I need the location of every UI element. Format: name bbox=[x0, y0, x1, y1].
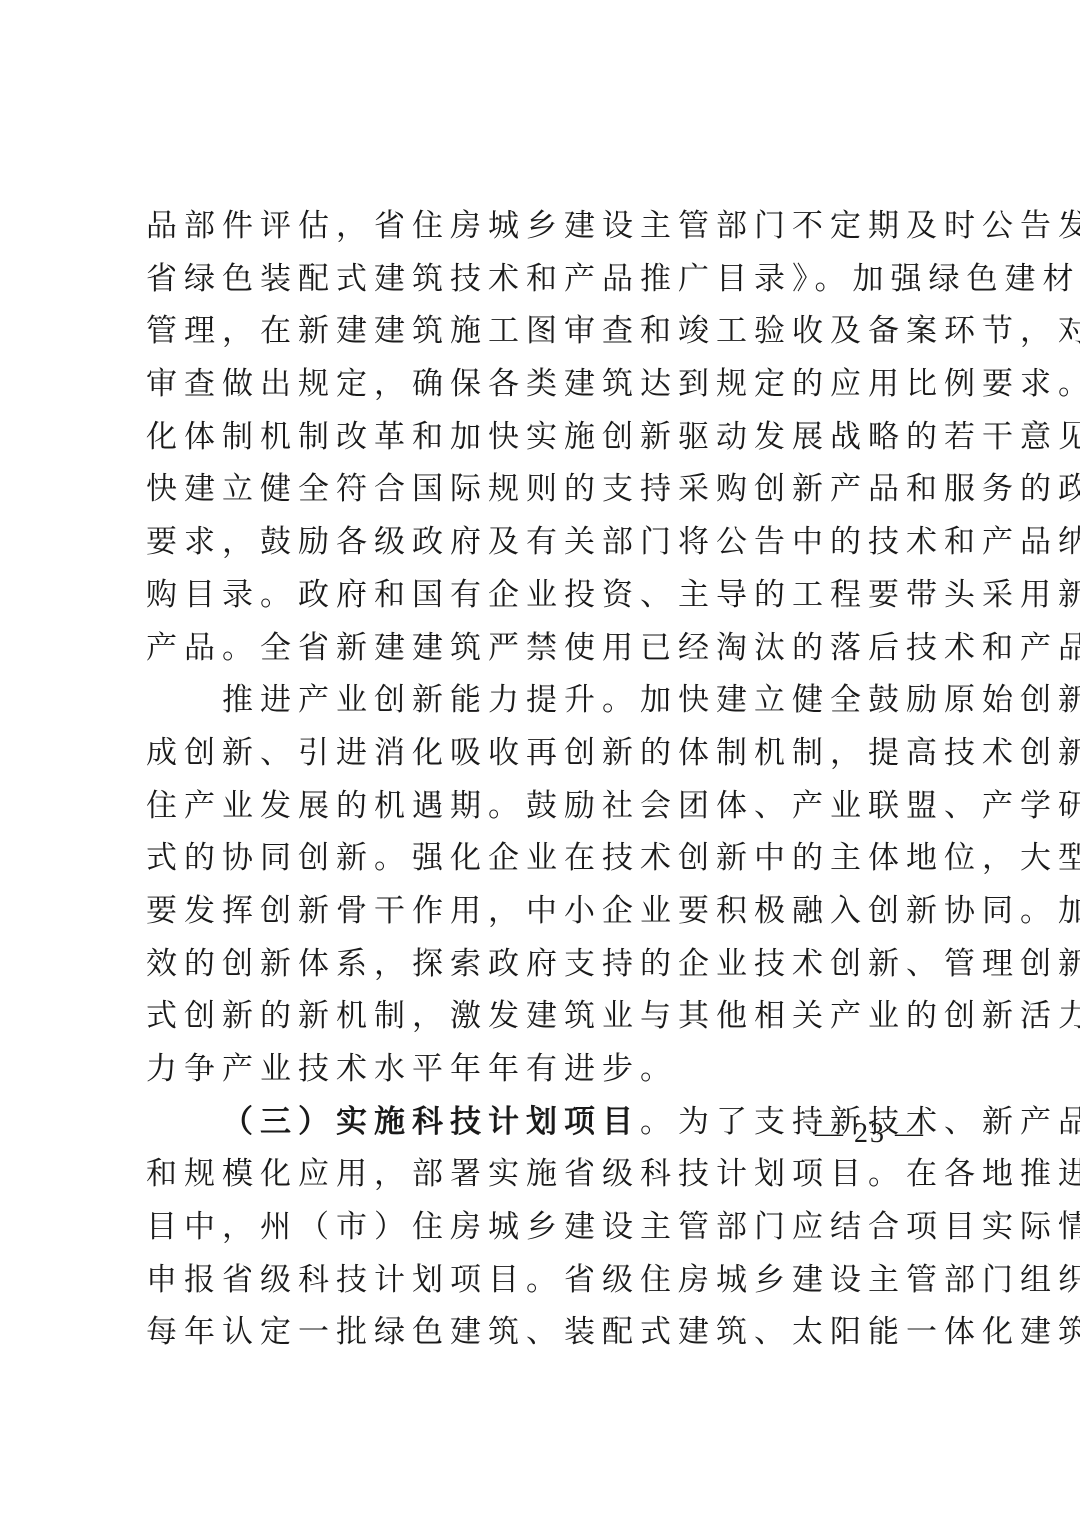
text-line: 要求，鼓励各级政府及有关部门将公告中的技术和产品纳入政府采 bbox=[146, 516, 946, 569]
text-line: 式的协同创新。强化企业在技术创新中的主体地位，大型国有企业 bbox=[146, 832, 946, 885]
text-line: 力争产业技术水平年年有进步。 bbox=[146, 1043, 946, 1096]
text-line: 审查做出规定，确保各类建筑达到规定的应用比例要求。按照《深 bbox=[146, 358, 946, 411]
text-line: 购目录。政府和国有企业投资、主导的工程要带头采用新技术、新 bbox=[146, 569, 946, 622]
text-line: 快建立健全符合国际规则的支持采购创新产品和服务的政策体系” bbox=[146, 463, 946, 516]
text-line: 申报省级科技计划项目。省级住房城乡建设主管部门组织专家评选， bbox=[146, 1254, 946, 1307]
document-page: 品部件评估，省住房城乡建设主管部门不定期及时公告发布《云南 省绿色装配式建筑技术… bbox=[0, 0, 1080, 1527]
text-line: 品部件评估，省住房城乡建设主管部门不定期及时公告发布《云南 bbox=[146, 200, 946, 253]
text-line: 省绿色装配式建筑技术和产品推广目录》。加强绿色建材产品应用 bbox=[146, 253, 946, 306]
section-heading: （三）实施科技计划项目 bbox=[222, 1104, 640, 1140]
text-line: 成创新、引进消化吸收再创新的体制机制，提高技术创新效率，抓 bbox=[146, 727, 946, 780]
text-line: 和规模化应用，部署实施省级科技计划项目。在各地推进的建设项 bbox=[146, 1148, 946, 1201]
text-line: 产品。全省新建建筑严禁使用已经淘汰的落后技术和产品。 bbox=[146, 622, 946, 675]
paragraph-start-line: 推进产业创新能力提升。加快建立健全鼓励原始创新、合作集 bbox=[146, 674, 946, 727]
text-line: 要发挥创新骨干作用，中小企业要积极融入创新协同。加快建立高 bbox=[146, 885, 946, 938]
text-line: 效的创新体系，探索政府支持的企业技术创新、管理创新、商业模 bbox=[146, 938, 946, 991]
text-line: 化体制机制改革和加快实施创新驱动发展战略的若干意见》关于“加 bbox=[146, 411, 946, 464]
text-line: 式创新的新机制，激发建筑业与其他相关产业的创新活力和潜能， bbox=[146, 990, 946, 1043]
text-line: 管理，在新建建筑施工图审查和竣工验收及备案环节，对自评价和 bbox=[146, 305, 946, 358]
text-line: 目中，州（市）住房城乡建设主管部门应结合项目实际情况，组织 bbox=[146, 1201, 946, 1254]
text-line: 每年认定一批绿色建筑、装配式建筑、太阳能一体化建筑、全装修 bbox=[146, 1306, 946, 1359]
body-text: 品部件评估，省住房城乡建设主管部门不定期及时公告发布《云南 省绿色装配式建筑技术… bbox=[146, 200, 946, 1359]
page-number: — 23 — bbox=[815, 1118, 925, 1150]
text-line: 住产业发展的机遇期。鼓励社会团体、产业联盟、产学研等多种形 bbox=[146, 780, 946, 833]
